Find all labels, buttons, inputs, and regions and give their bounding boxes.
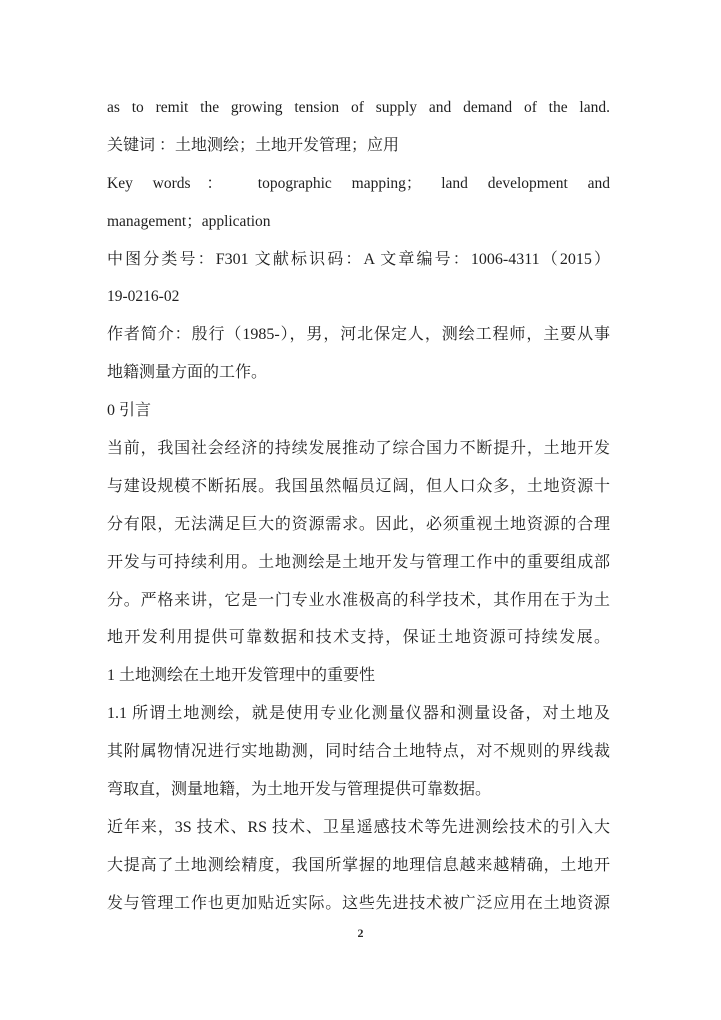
page-number: 2 bbox=[358, 926, 364, 940]
document-line: 发与管理工作也更加贴近实际。这些先进技术被广泛应用在土地资源 bbox=[107, 885, 610, 923]
document-line: as to remit the growing tension of suppl… bbox=[107, 89, 610, 127]
document-text-block: as to remit the growing tension of suppl… bbox=[107, 89, 610, 923]
document-line: 近年来，3S 技术、RS 技术、卫星遥感技术等先进测绘技术的引入大 bbox=[107, 809, 610, 847]
document-line: 开发与可持续利用。土地测绘是土地开发与管理工作中的重要组成部 bbox=[107, 544, 610, 582]
document-line: 当前，我国社会经济的持续发展推动了综合国力不断提升，土地开发 bbox=[107, 430, 610, 468]
section-heading: 0 引言 bbox=[107, 392, 610, 430]
document-line: management；application bbox=[107, 203, 610, 241]
document-line: 19-0216-02 bbox=[107, 278, 610, 316]
document-line: 地开发利用提供可靠数据和技术支持，保证土地资源可持续发展。 bbox=[107, 619, 610, 657]
document-line: 作者简介：殷行（1985-），男，河北保定人，测绘工程师，主要从事 bbox=[107, 316, 610, 354]
document-page: as to remit the growing tension of suppl… bbox=[0, 0, 721, 1020]
document-line: Key words： topographic mapping； land dev… bbox=[107, 165, 610, 203]
document-line: 分有限，无法满足巨大的资源需求。因此，必须重视土地资源的合理 bbox=[107, 506, 610, 544]
document-line: 1.1 所谓土地测绘，就是使用专业化测量仪器和测量设备，对土地及 bbox=[107, 695, 610, 733]
page-footer: 2 bbox=[0, 924, 721, 942]
document-line: 地籍测量方面的工作。 bbox=[107, 354, 610, 392]
document-line: 关键词 ：土地测绘；土地开发管理；应用 bbox=[107, 127, 610, 165]
section-heading: 1 土地测绘在土地开发管理中的重要性 bbox=[107, 657, 610, 695]
document-line: 中图分类号：F301 文献标识码：A 文章编号：1006-4311（2015） bbox=[107, 241, 610, 279]
document-line: 大提高了土地测绘精度，我国所掌握的地理信息越来越精确，土地开 bbox=[107, 847, 610, 885]
document-line: 其附属物情况进行实地勘测，同时结合土地特点，对不规则的界线裁 bbox=[107, 733, 610, 771]
document-line: 分。严格来讲，它是一门专业水准极高的科学技术，其作用在于为土 bbox=[107, 582, 610, 620]
document-line: 弯取直，测量地籍，为土地开发与管理提供可靠数据。 bbox=[107, 771, 610, 809]
document-line: 与建设规模不断拓展。我国虽然幅员辽阔，但人口众多，土地资源十 bbox=[107, 468, 610, 506]
